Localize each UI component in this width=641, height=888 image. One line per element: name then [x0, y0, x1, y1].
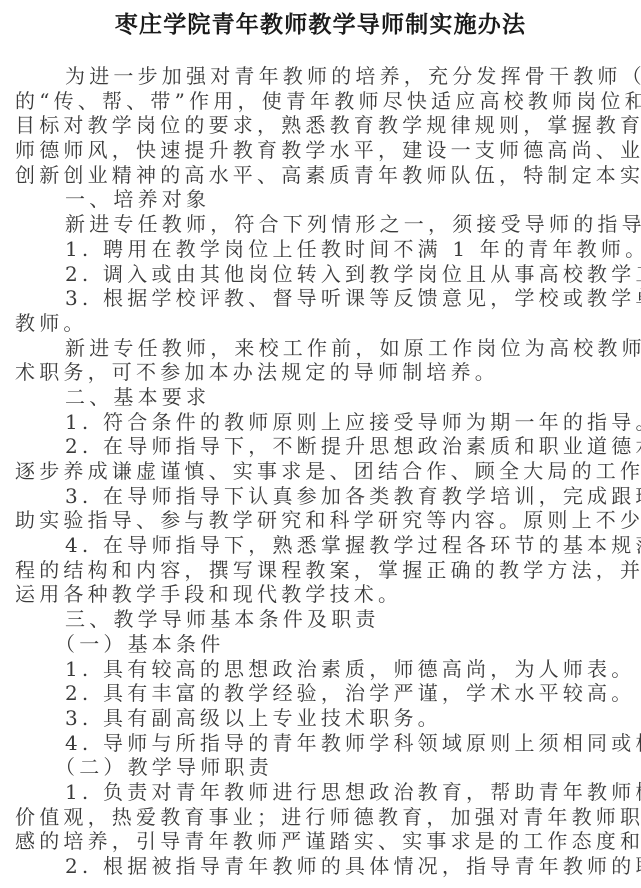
paragraph-line: 术职务，可不参加本办法规定的导师制培养。	[15, 360, 627, 385]
subsection-heading: （一）基本条件	[15, 632, 627, 657]
list-item: 2. 在导师指导下，不断提升思想政治素质和职业道德水平，为人师表，教书育人，	[15, 434, 627, 459]
intro-paragraph-line: 的“传、帮、带”作用，使青年教师尽快适应高校教师岗位和我校办学定位及人才培养	[15, 89, 627, 114]
list-item: 4. 在导师指导下，熟悉掌握教学过程各环节的基本规范和要求，掌握所承担讲授课	[15, 533, 627, 558]
intro-paragraph-line: 目标对教学岗位的要求，熟悉教育教学规律规则，掌握教育教学技能方法，树立良好的	[15, 113, 627, 138]
list-item: 1. 负责对青年教师进行思想政治教育，帮助青年教师树立正确的世界观、人生观和	[15, 780, 627, 805]
list-item-continuation: 运用各种教学手段和现代教学技术。	[15, 582, 627, 607]
intro-paragraph-line: 创新创业精神的高水平、高素质青年教师队伍，特制定本实施办法。	[15, 163, 627, 188]
list-item-continuation: 感的培养，引导青年教师严谨踏实、实事求是的工作态度和敬业精神。	[15, 829, 627, 854]
list-item-continuation: 教师。	[15, 311, 627, 336]
document-body: 为进一步加强对青年教师的培养，充分发挥骨干教师（以下简称导师）对青年教师 的“传…	[15, 64, 627, 879]
list-item: 2. 根据被指导青年教师的具体情况，指导青年教师的职业成长、专业发展和学术研	[15, 854, 627, 879]
list-item: 3. 具有副高级以上专业技术职务。	[15, 706, 627, 731]
subsection-heading: （二）教学导师职责	[15, 755, 627, 780]
intro-paragraph-line: 为进一步加强对青年教师的培养，充分发挥骨干教师（以下简称导师）对青年教师	[15, 64, 627, 89]
list-item-continuation: 助实验指导、参与教学研究和科学研究等内容。原则上不少于 32 学时的助课工作。	[15, 508, 627, 533]
list-item: 3. 根据学校评教、督导听课等反馈意见，学校或教学单位认为需要配备导师的青年	[15, 286, 627, 311]
list-item-continuation: 价值观，热爱教育事业；进行师德教育，加强对青年教师职业道德修养、教书育人责任	[15, 805, 627, 830]
list-item: 4. 导师与所指导的青年教师学科领域原则上须相同或相近。	[15, 731, 627, 756]
paragraph-line: 新进专任教师，来校工作前，如原工作岗位为高校教师，且具备讲师及以上专业技	[15, 336, 627, 361]
list-item: 2. 具有丰富的教学经验，治学严谨，学术水平较高。	[15, 681, 627, 706]
document-title: 枣庄学院青年教师教学导师制实施办法	[0, 6, 641, 39]
section-heading-3: 三、教学导师基本条件及职责	[15, 607, 627, 632]
intro-paragraph-line: 师德师风，快速提升教育教学水平，建设一支师德高尚、业务精湛、学术水平高、具有	[15, 138, 627, 163]
list-item: 1. 具有较高的思想政治素质，师德高尚，为人师表。	[15, 657, 627, 682]
list-item: 2. 调入或由其他岗位转入到教学岗位且从事高校教学工作不满 1 年的青年教师。	[15, 262, 627, 287]
list-item-continuation: 程的结构和内容，撰写课程教案，掌握正确的教学方法，并能结合授课的内容和特点，	[15, 558, 627, 583]
list-item: 1. 聘用在教学岗位上任教时间不满 1 年的青年教师。	[15, 237, 627, 262]
paragraph-line: 新进专任教师，符合下列情形之一，须接受导师的指导。	[15, 212, 627, 237]
list-item: 1. 符合条件的教师原则上应接受导师为期一年的指导。	[15, 410, 627, 435]
section-heading-1: 一、培养对象	[15, 187, 627, 212]
list-item: 3. 在导师指导下认真参加各类教育教学培训，完成跟班听课、课后辅导、试讲、辅	[15, 484, 627, 509]
list-item-continuation: 逐步养成谦虚谨慎、实事求是、团结合作、顾全大局的工作作风。	[15, 459, 627, 484]
section-heading-2: 二、基本要求	[15, 385, 627, 410]
